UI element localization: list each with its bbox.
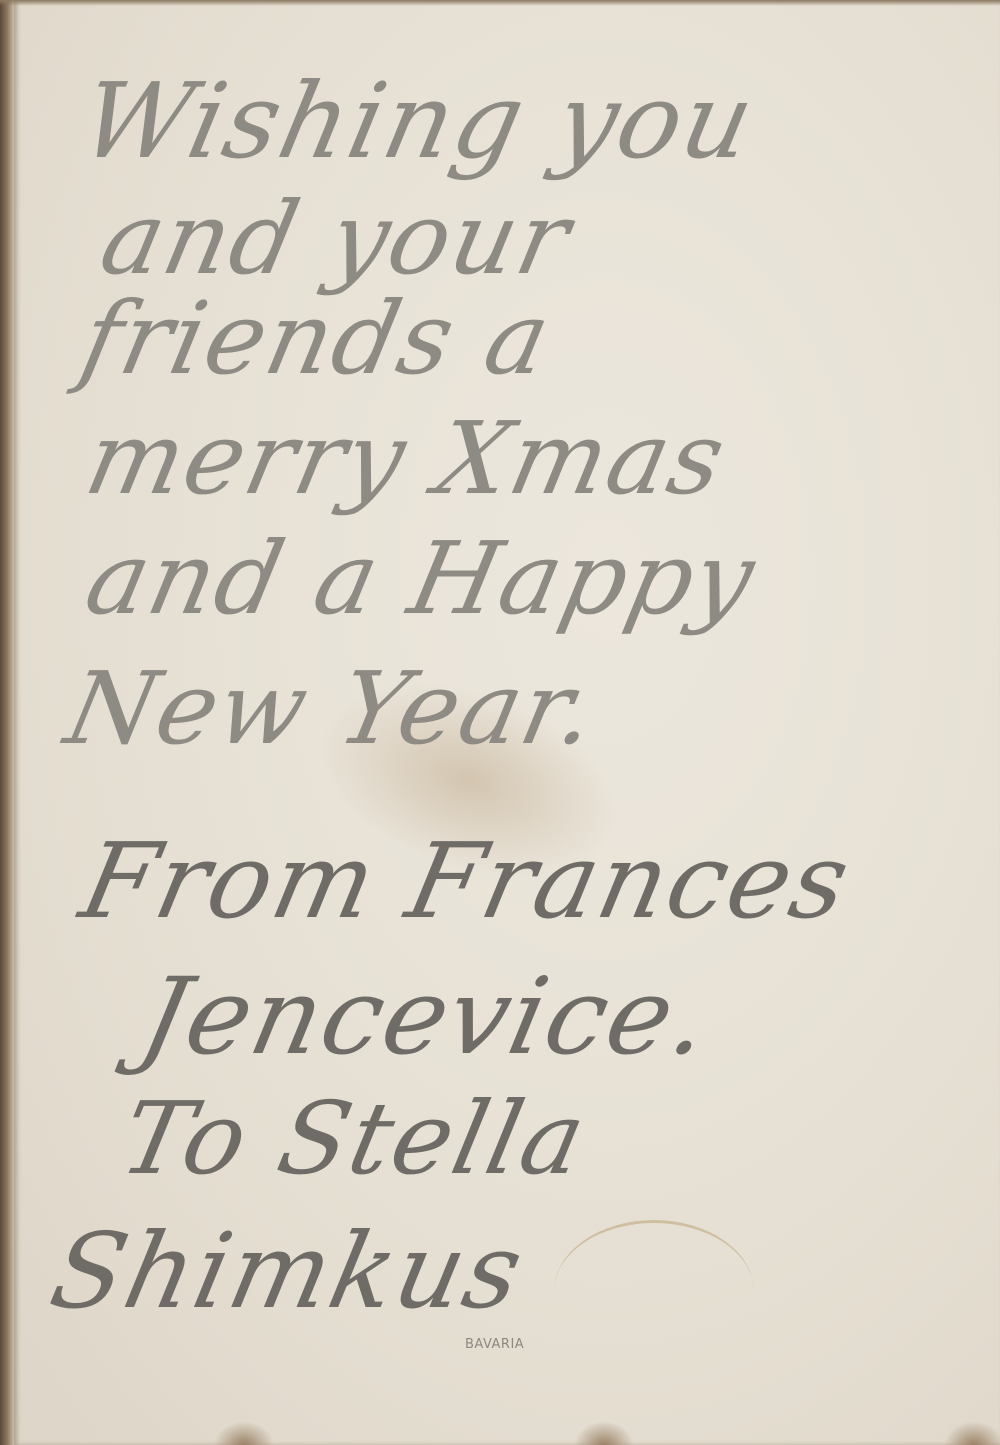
- sender-surname: Jencevice.: [131, 955, 722, 1078]
- edge-wear: [214, 1421, 274, 1445]
- message-line: New Year.: [57, 650, 609, 767]
- edge-wear: [944, 1421, 1000, 1445]
- edge-wear: [574, 1421, 634, 1445]
- recipient-surname: Shimkus: [41, 1210, 534, 1332]
- circular-stain: [554, 1220, 754, 1363]
- recipient-line: To Stella: [112, 1080, 597, 1197]
- message-line: and a Happy: [77, 520, 766, 637]
- message-line: merry Xmas: [77, 400, 737, 517]
- sender-line: From Frances: [71, 820, 861, 942]
- card-top-edge: [0, 0, 1000, 6]
- card-left-edge: [0, 0, 14, 1445]
- postcard-back: Wishing you and your friends a merry Xma…: [14, 0, 1000, 1445]
- printer-mark: BAVARIA: [465, 1337, 524, 1352]
- message-line: Wishing you: [71, 60, 766, 182]
- message-line: friends a: [72, 280, 562, 397]
